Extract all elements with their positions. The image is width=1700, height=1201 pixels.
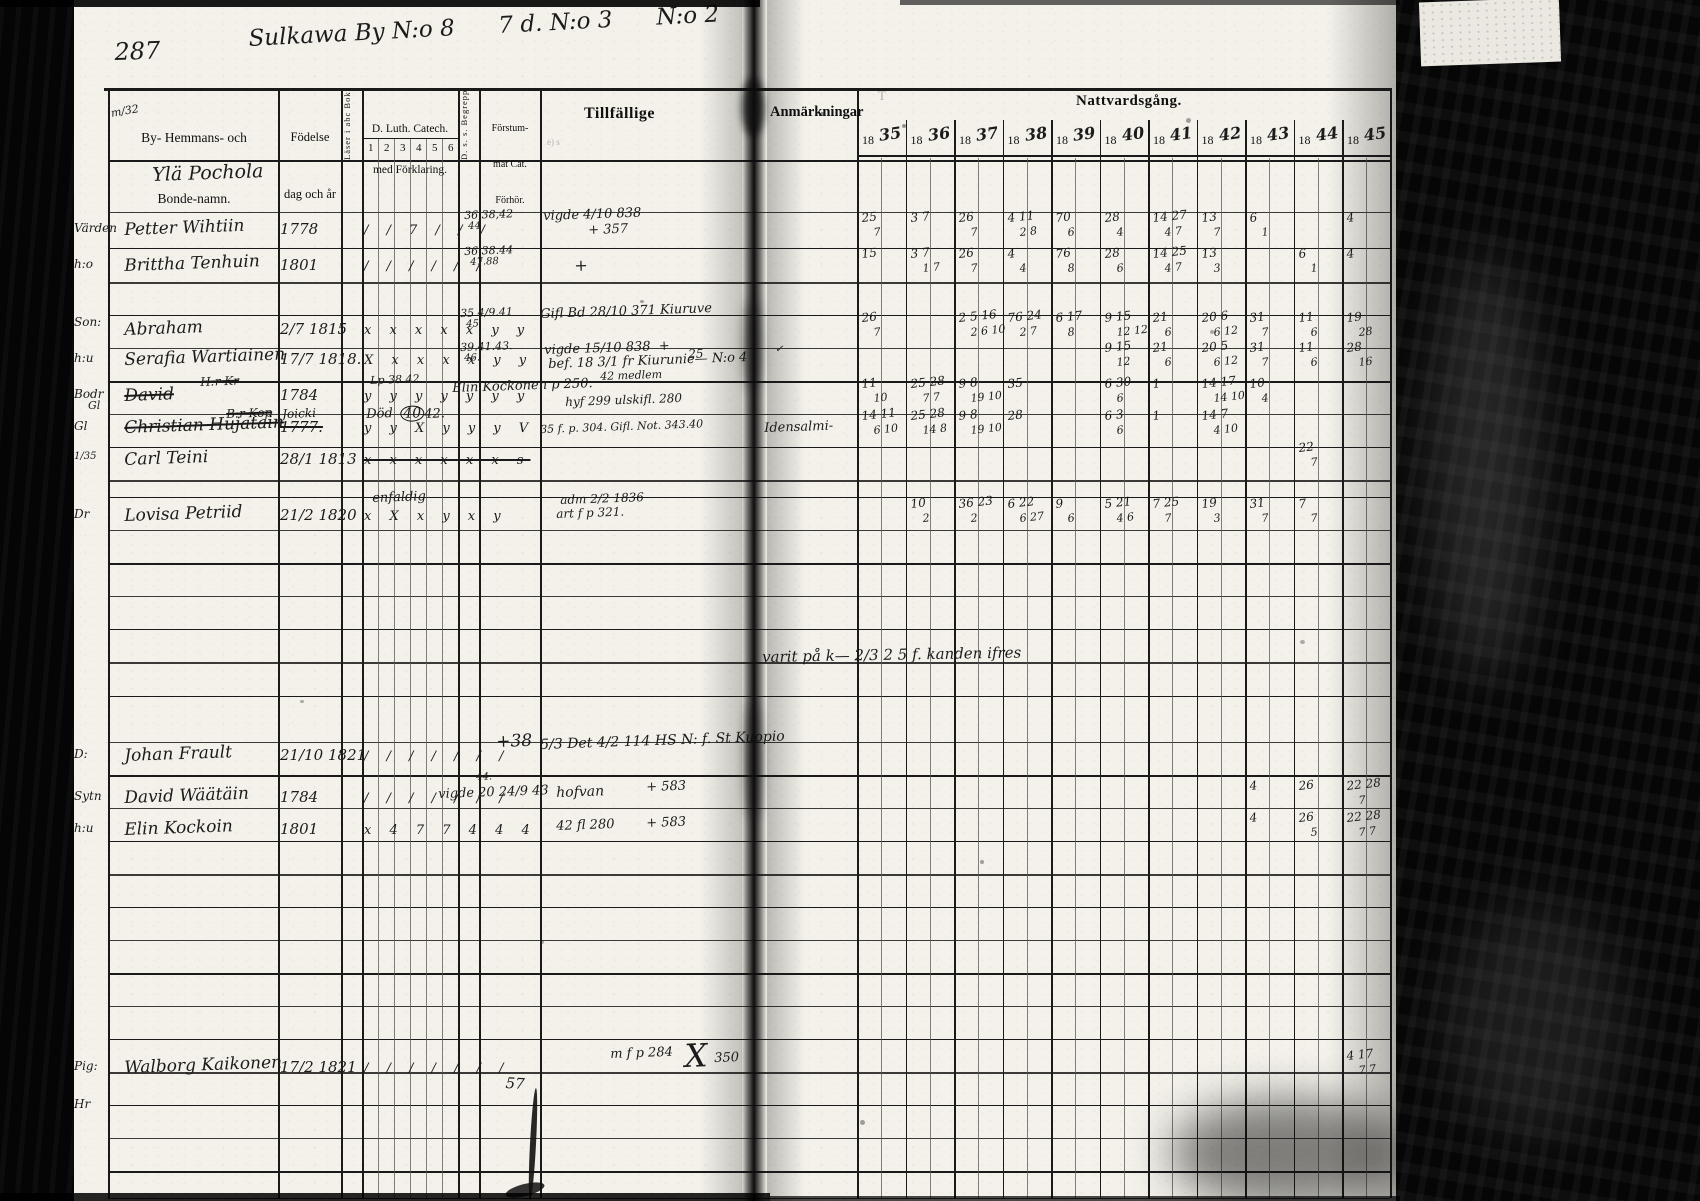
communion-mark: 28 <box>1358 326 1373 338</box>
row-note: + <box>574 258 588 274</box>
year-label-handwritten-digits: 35 <box>878 125 902 144</box>
row-birth-date: 17/2 1821 <box>280 1060 357 1075</box>
communion-mark: 14 8 <box>922 422 948 436</box>
row-catechism-marks: x x x x x x s <box>364 454 530 467</box>
page-number: 287 <box>114 38 161 64</box>
table-column-line <box>540 88 542 1198</box>
row-catechism-marks: / / / / / / / <box>364 1062 510 1075</box>
year-half-column-line <box>1366 158 1367 1198</box>
communion-mark: 4 <box>1116 226 1124 238</box>
row-birth-date: 28/1 1813 <box>280 452 357 467</box>
header-tillfallige: Tillfällige <box>584 104 655 123</box>
communion-mark: 9 8 <box>958 408 978 422</box>
communion-mark: 4 <box>1007 247 1016 260</box>
row-margin-label: Dr <box>74 508 89 520</box>
row-catechism-marks: y y X y y y V <box>364 422 535 435</box>
communion-mark: 7 <box>970 226 978 238</box>
header-nattvardsgang: Nattvardsgång. <box>1076 92 1182 110</box>
communion-mark: 19 <box>1201 496 1217 510</box>
communion-mark: 3 <box>1213 512 1221 524</box>
row-note: 44 <box>468 222 481 232</box>
row-note: 35 4/9.41 <box>460 306 513 319</box>
row-note: 44. <box>476 772 492 783</box>
year-column-line <box>1294 120 1296 1198</box>
row-note: + 583 <box>646 780 686 794</box>
row-name: David Wäätäin <box>124 786 249 807</box>
scanned-church-record-spread: 287 Sulkawa By N:o 8 7 d. N:o 3 N:o 2 By… <box>0 0 1700 1201</box>
catechism-subcol-digit: 1 <box>368 142 374 155</box>
row-note: Joicki <box>282 407 316 420</box>
row-name: Lovisa Petriid <box>124 504 243 525</box>
communion-mark: 16 <box>1358 356 1373 368</box>
communion-mark: 12 12 <box>1116 324 1148 338</box>
communion-mark: 7 25 <box>1152 495 1180 510</box>
year-label-handwritten-digits: 42 <box>1218 125 1242 144</box>
communion-mark: 14 25 <box>1152 244 1187 260</box>
row-catechism-marks: x X x y x y <box>364 510 508 523</box>
communion-mark: 7 <box>873 226 881 238</box>
communion-mark: 25 28 <box>910 406 945 422</box>
row-note: hofvan <box>556 784 604 800</box>
communion-mark: 9 15 <box>1104 309 1132 324</box>
row-birth-date: 1784 <box>280 388 318 403</box>
row-note: vigde 20 24/9 43 <box>438 784 549 801</box>
communion-mark: 6 <box>1298 247 1307 260</box>
scan-edge-right <box>1396 0 1700 1201</box>
catechism-subcol-digit: 6 <box>448 142 454 155</box>
row-margin-label: Hr <box>74 1098 90 1110</box>
faint-smudge: e) s <box>547 137 560 148</box>
row-note: + 357 <box>588 223 628 237</box>
row-note: m f p 284 <box>610 1046 673 1061</box>
row-margin-label: h:o <box>74 258 93 270</box>
row-note: 45 <box>466 320 479 330</box>
communion-mark: 25 <box>861 210 877 224</box>
communion-mark: 7 7 <box>922 391 941 404</box>
row-birth-date: 17/7 1818. <box>280 352 361 367</box>
communion-mark: 4 7 <box>1164 261 1183 274</box>
header-forhor-line2: mat Cat. <box>481 159 539 171</box>
communion-mark: 14 27 <box>1152 208 1187 224</box>
catechism-subcolumn-line <box>410 138 411 1198</box>
year-half-column-line <box>1269 158 1270 1198</box>
communion-mark: 10 <box>873 392 888 404</box>
year-half-column-line <box>1172 158 1173 1198</box>
year-label-printed-prefix: 18 <box>1153 133 1165 147</box>
year-label-handwritten-digits: 44 <box>1315 125 1339 144</box>
year-label-printed-prefix: 18 <box>862 133 874 147</box>
catechism-subcol-digit: 5 <box>432 142 438 155</box>
communion-mark: 14 10 <box>1213 390 1245 404</box>
communion-mark: 6 10 <box>873 422 899 436</box>
year-header-underline <box>857 155 1390 157</box>
communion-mark: 1 <box>1152 409 1161 422</box>
row-birth-date: 1778 <box>280 222 318 237</box>
communion-mark: 6 <box>1116 262 1124 274</box>
table-column-line <box>362 88 364 1198</box>
communion-mark: 2 8 <box>1019 225 1038 238</box>
row-note: + 583 <box>646 816 686 830</box>
row-catechism-marks: / / / / / / / <box>364 750 510 763</box>
row-birth-date: 1784 <box>280 790 318 805</box>
communion-mark: 6 <box>1164 326 1172 338</box>
year-label-handwritten-digits: 37 <box>975 125 999 144</box>
communion-mark: 4 <box>1249 779 1258 792</box>
row-note: enfaldig <box>372 490 426 505</box>
year-label-printed-prefix: 18 <box>911 133 923 147</box>
year-label-handwritten-digits: 38 <box>1024 125 1048 144</box>
communion-mark: 10 <box>910 496 926 510</box>
header-begrepp-column-rotated: D. s. s. Begrepp <box>459 92 478 160</box>
communion-mark: 6 17 <box>1055 309 1083 324</box>
communion-mark: 6 <box>1116 424 1124 436</box>
row-note: art f p 321. <box>556 506 624 520</box>
communion-mark: 22 28 <box>1346 808 1381 824</box>
communion-mark: 11 <box>1298 310 1314 324</box>
communion-mark: 3 7 <box>910 246 930 260</box>
communion-mark: 6 3 <box>1104 408 1124 422</box>
communion-mark: 2 5 16 <box>958 308 997 324</box>
row-note: Idensalmi- <box>764 420 833 435</box>
year-label-handwritten-digits: 43 <box>1266 125 1290 144</box>
header-name-line1: By- Hemmans- och <box>116 130 272 146</box>
communion-mark: 8 <box>1067 262 1075 274</box>
communion-mark: 26 <box>958 246 974 260</box>
row-birth-date: 2/7 1815 <box>280 322 347 337</box>
communion-mark: 20 5 <box>1201 339 1229 354</box>
communion-mark: 28 <box>1346 340 1362 354</box>
row-note: 42. <box>424 407 445 421</box>
communion-mark: 6 <box>1116 392 1124 404</box>
scan-edge-left <box>0 0 74 1201</box>
communion-mark: 14 11 <box>861 406 896 422</box>
header-abc-column-rotated: Läser i abc Bok <box>342 92 361 160</box>
year-label-printed-prefix: 18 <box>1299 133 1311 147</box>
table-column-line <box>278 88 280 1198</box>
header-forhor-line1: Förstum- <box>481 123 539 135</box>
communion-mark: 5 21 <box>1104 495 1132 510</box>
catechism-subcolumn-line <box>426 138 427 1198</box>
communion-mark: 4 <box>1346 247 1355 260</box>
row-margin-label: h:u <box>74 822 94 834</box>
communion-mark: 28 <box>1104 210 1120 224</box>
communion-mark: 11 <box>861 376 877 390</box>
communion-mark: 19 10 <box>970 422 1002 436</box>
row-note: 42 medlem <box>600 369 662 382</box>
year-column-line <box>1051 120 1053 1198</box>
communion-mark: 7 <box>1213 226 1221 238</box>
communion-mark: 6 27 <box>1019 510 1045 524</box>
row-note: 46. <box>464 353 480 364</box>
communion-mark: 1 <box>1310 262 1318 274</box>
scan-edge-bottom-right <box>770 1196 1400 1201</box>
row-note: 47.88 <box>470 257 499 268</box>
year-label-printed-prefix: 18 <box>1202 133 1214 147</box>
communion-mark: 6 <box>1310 326 1318 338</box>
communion-mark: 4 <box>1346 211 1355 224</box>
communion-mark: 2 7 <box>1019 325 1038 338</box>
row-birth-date: 1801 <box>280 258 318 273</box>
stray-handwriting: 57 <box>505 1076 525 1092</box>
table-column-line <box>341 88 343 1198</box>
scan-edge-top-right <box>900 0 1400 5</box>
communion-mark: 20 6 <box>1201 309 1229 324</box>
year-column-line <box>1342 120 1344 1198</box>
row-note: Död <box>366 407 393 421</box>
year-half-column-line <box>1318 158 1319 1198</box>
communion-mark: 19 <box>1346 310 1362 324</box>
communion-mark: 1 <box>1261 226 1269 238</box>
year-label-printed-prefix: 18 <box>1105 133 1117 147</box>
communion-mark: 10 <box>1249 376 1265 390</box>
communion-mark: 7 <box>1358 794 1366 806</box>
communion-mark: 3 <box>1213 262 1221 274</box>
communion-mark: 35 <box>1007 376 1023 390</box>
row-birth-date: 1801 <box>280 822 318 837</box>
row-note: +38 <box>496 733 532 751</box>
communion-mark: 1 <box>1152 377 1161 390</box>
communion-mark: 7 <box>873 326 881 338</box>
row-name: Johan Frault <box>124 744 232 765</box>
row-catechism-marks: x 4 7 7 4 4 4 <box>364 824 537 837</box>
communion-mark: 4 <box>1261 392 1269 404</box>
communion-mark: 8 <box>1067 326 1075 338</box>
year-column-line <box>1197 120 1199 1198</box>
row-note: adm 2/2 1836 <box>560 491 644 506</box>
communion-mark: 7 <box>1310 456 1318 468</box>
communion-mark: 7 <box>1164 512 1172 524</box>
row-birth-date: 1777. <box>280 420 323 435</box>
row-note: vigde 4/10 838 <box>543 207 642 223</box>
communion-mark: 9 15 <box>1104 339 1132 354</box>
communion-mark: 4 11 <box>1007 209 1035 224</box>
communion-mark: 7 <box>970 262 978 274</box>
row-note: 36,38,42 <box>464 208 513 221</box>
row-margin-label: 1/35 <box>74 452 96 462</box>
row-birth-date: 21/10 1821 <box>280 748 366 763</box>
row-note: B:r Kop <box>226 406 272 420</box>
row-birth-date: 21/2 1820 <box>280 508 357 523</box>
communion-mark: 5 <box>1310 826 1318 838</box>
row-catechism-marks: X x x x x y y <box>364 354 533 367</box>
communion-mark: 4 10 <box>1213 422 1239 436</box>
communion-mark: 26 <box>1298 778 1314 792</box>
row-name: Brittha Tenhuin <box>124 253 260 275</box>
year-label-handwritten-digits: 40 <box>1121 125 1145 144</box>
communion-mark: 6 30 <box>1104 375 1132 390</box>
year-half-column-line <box>881 158 882 1198</box>
communion-mark: 7 <box>1310 512 1318 524</box>
catechism-subcolumn-line <box>394 138 395 1198</box>
year-label-handwritten-digits: 36 <box>927 125 951 144</box>
communion-mark: 76 24 <box>1007 308 1042 324</box>
row-note: 40 <box>400 405 424 422</box>
year-label-printed-prefix: 18 <box>1250 133 1262 147</box>
communion-mark: 6 22 <box>1007 495 1035 510</box>
communion-mark: 21 <box>1152 340 1168 354</box>
communion-mark: 4 6 <box>1116 511 1135 524</box>
communion-mark: 2 6 10 <box>970 323 1006 338</box>
communion-mark: 14 7 <box>1201 407 1229 422</box>
nattvard-right-border <box>1390 88 1392 1198</box>
communion-mark: 7 <box>1261 512 1269 524</box>
communion-mark: 6 <box>1164 356 1172 368</box>
row-note: 39.41.43. <box>460 340 513 353</box>
communion-mark: 11 <box>1298 340 1314 354</box>
communion-mark: 21 <box>1152 310 1168 324</box>
header-catechism-line1: D. Luth. Catech. <box>362 123 458 137</box>
communion-mark: 9 8 <box>958 376 978 390</box>
scan-edge-top <box>0 0 760 7</box>
header-catechism-column: D. Luth. Catech. med Förklaring. <box>362 95 458 205</box>
row-margin-label: Pig: <box>74 1060 98 1072</box>
communion-mark: 6 <box>1067 512 1075 524</box>
year-label-printed-prefix: 18 <box>959 133 971 147</box>
year-label-handwritten-digits: 39 <box>1072 125 1096 144</box>
year-half-column-line <box>930 158 931 1198</box>
catechism-subcol-digit: 3 <box>400 142 406 155</box>
year-column-line <box>1100 120 1102 1198</box>
header-catechism-line2: med Förklaring. <box>362 164 458 178</box>
row-note: X <box>684 1039 708 1072</box>
communion-mark: 31 <box>1249 310 1265 324</box>
communion-mark: 76 <box>1055 246 1071 260</box>
row-margin-label: Son: <box>74 316 101 328</box>
year-label-handwritten-digits: 41 <box>1169 125 1193 144</box>
header-birth-line1: Födelse <box>280 130 340 145</box>
header-anmarkningar: Anmärkningar <box>770 104 863 121</box>
communion-mark: 4 7 <box>1164 225 1183 238</box>
header-birth-line2: dag och år <box>280 187 340 202</box>
communion-mark: 3 7 <box>910 210 930 224</box>
row-note: Lp 38 42 <box>370 373 420 386</box>
communion-mark: 13 <box>1201 246 1217 260</box>
row-margin-label2: Gl <box>88 400 100 411</box>
table-column-line <box>108 88 110 1198</box>
row-margin-label: Värden <box>74 222 117 234</box>
communion-mark: 31 <box>1249 496 1265 510</box>
year-label-printed-prefix: 18 <box>1347 133 1359 147</box>
year-label-printed-prefix: 18 <box>1008 133 1020 147</box>
communion-mark: 26 <box>958 210 974 224</box>
communion-mark: 25 28 <box>910 374 945 390</box>
communion-mark: 4 <box>1019 262 1027 274</box>
communion-mark: 4 17 <box>1346 1047 1374 1062</box>
communion-mark: 7 <box>1298 497 1307 510</box>
row-margin-label: Gl <box>74 420 87 432</box>
header-forhor-line3: Förhör. <box>481 195 539 207</box>
communion-mark: 2 <box>970 512 978 524</box>
communion-mark: 15 <box>861 246 877 260</box>
row-margin-label: D: <box>74 748 88 760</box>
communion-mark: 7 <box>1261 326 1269 338</box>
year-label-printed-prefix: 18 <box>1056 133 1068 147</box>
header-name-line2: Bonde-namn. <box>116 191 272 207</box>
row-margin-label: Sytn <box>74 790 102 802</box>
catechism-subcol-digit: 4 <box>416 142 422 155</box>
row-note: 36.38.44 <box>464 244 513 257</box>
communion-mark: 70 <box>1055 210 1071 224</box>
communion-mark: 22 28 <box>1346 776 1381 792</box>
table-column-line <box>458 88 460 1198</box>
row-note: H:r Kr <box>200 375 239 388</box>
communion-mark: 6 12 <box>1213 324 1239 338</box>
communion-mark: 22 <box>1298 440 1314 454</box>
communion-mark: 7 7 <box>1358 1063 1377 1076</box>
communion-mark: 4 <box>1249 811 1258 824</box>
communion-mark: 14 17 <box>1201 374 1236 390</box>
row-name: Petter Wihtiin <box>124 218 245 239</box>
row-note: 25 <box>688 347 704 360</box>
communion-mark: 7 <box>1261 356 1269 368</box>
communion-mark: 26 <box>1298 810 1314 824</box>
communion-mark: 28 <box>1104 246 1120 260</box>
catechism-subcolumn-line <box>442 138 443 1198</box>
row-name: Elin Kockoin <box>124 818 233 839</box>
faint-stamp: T <box>878 88 886 104</box>
communion-mark: 9 <box>1055 497 1064 510</box>
year-label-handwritten-digits: 45 <box>1363 125 1387 144</box>
stray-handwriting: varit på k— 2/3 2 5 f. kanden ifres <box>762 645 1021 665</box>
communion-mark: 13 <box>1201 210 1217 224</box>
header-birth-column: Födelse dag och år <box>280 100 340 232</box>
communion-mark: 6 12 <box>1213 354 1239 368</box>
village-heading: Ylä Pochola <box>152 162 264 185</box>
nattvard-left-border <box>857 88 859 1198</box>
communion-mark: 31 <box>1249 340 1265 354</box>
catechism-subcolumn-line <box>378 138 379 1198</box>
row-note: 350 <box>714 1051 739 1065</box>
row-note: 42 fl 280 <box>556 818 615 833</box>
year-column-line <box>1245 120 1247 1198</box>
communion-mark: 7 7 <box>1358 825 1377 838</box>
row-name: Carl Teini <box>124 449 209 469</box>
binding-gutter <box>741 0 767 1201</box>
communion-mark: 36 23 <box>958 494 993 510</box>
row-catechism-marks: x x x x x y y <box>364 324 531 337</box>
communion-mark: 2 <box>922 512 930 524</box>
row-name: Abraham <box>124 319 203 339</box>
catechism-subcol-digit: 2 <box>384 142 390 155</box>
stray-handwriting: ✓ <box>775 345 783 355</box>
communion-mark: 26 <box>861 310 877 324</box>
scan-edge-bottom <box>0 1193 770 1201</box>
scan-corner-patch <box>1419 0 1561 66</box>
communion-mark: 12 <box>1116 356 1131 368</box>
communion-mark: 6 <box>1249 211 1258 224</box>
communion-mark: 28 <box>1007 408 1023 422</box>
communion-mark: 19 10 <box>970 390 1002 404</box>
communion-mark: 6 <box>1067 226 1075 238</box>
year-column-line <box>1148 120 1150 1198</box>
row-margin-label: h:u <box>74 352 94 364</box>
row-name: David <box>124 386 174 405</box>
communion-mark: 6 <box>1310 356 1318 368</box>
communion-mark: 1 7 <box>922 261 941 274</box>
